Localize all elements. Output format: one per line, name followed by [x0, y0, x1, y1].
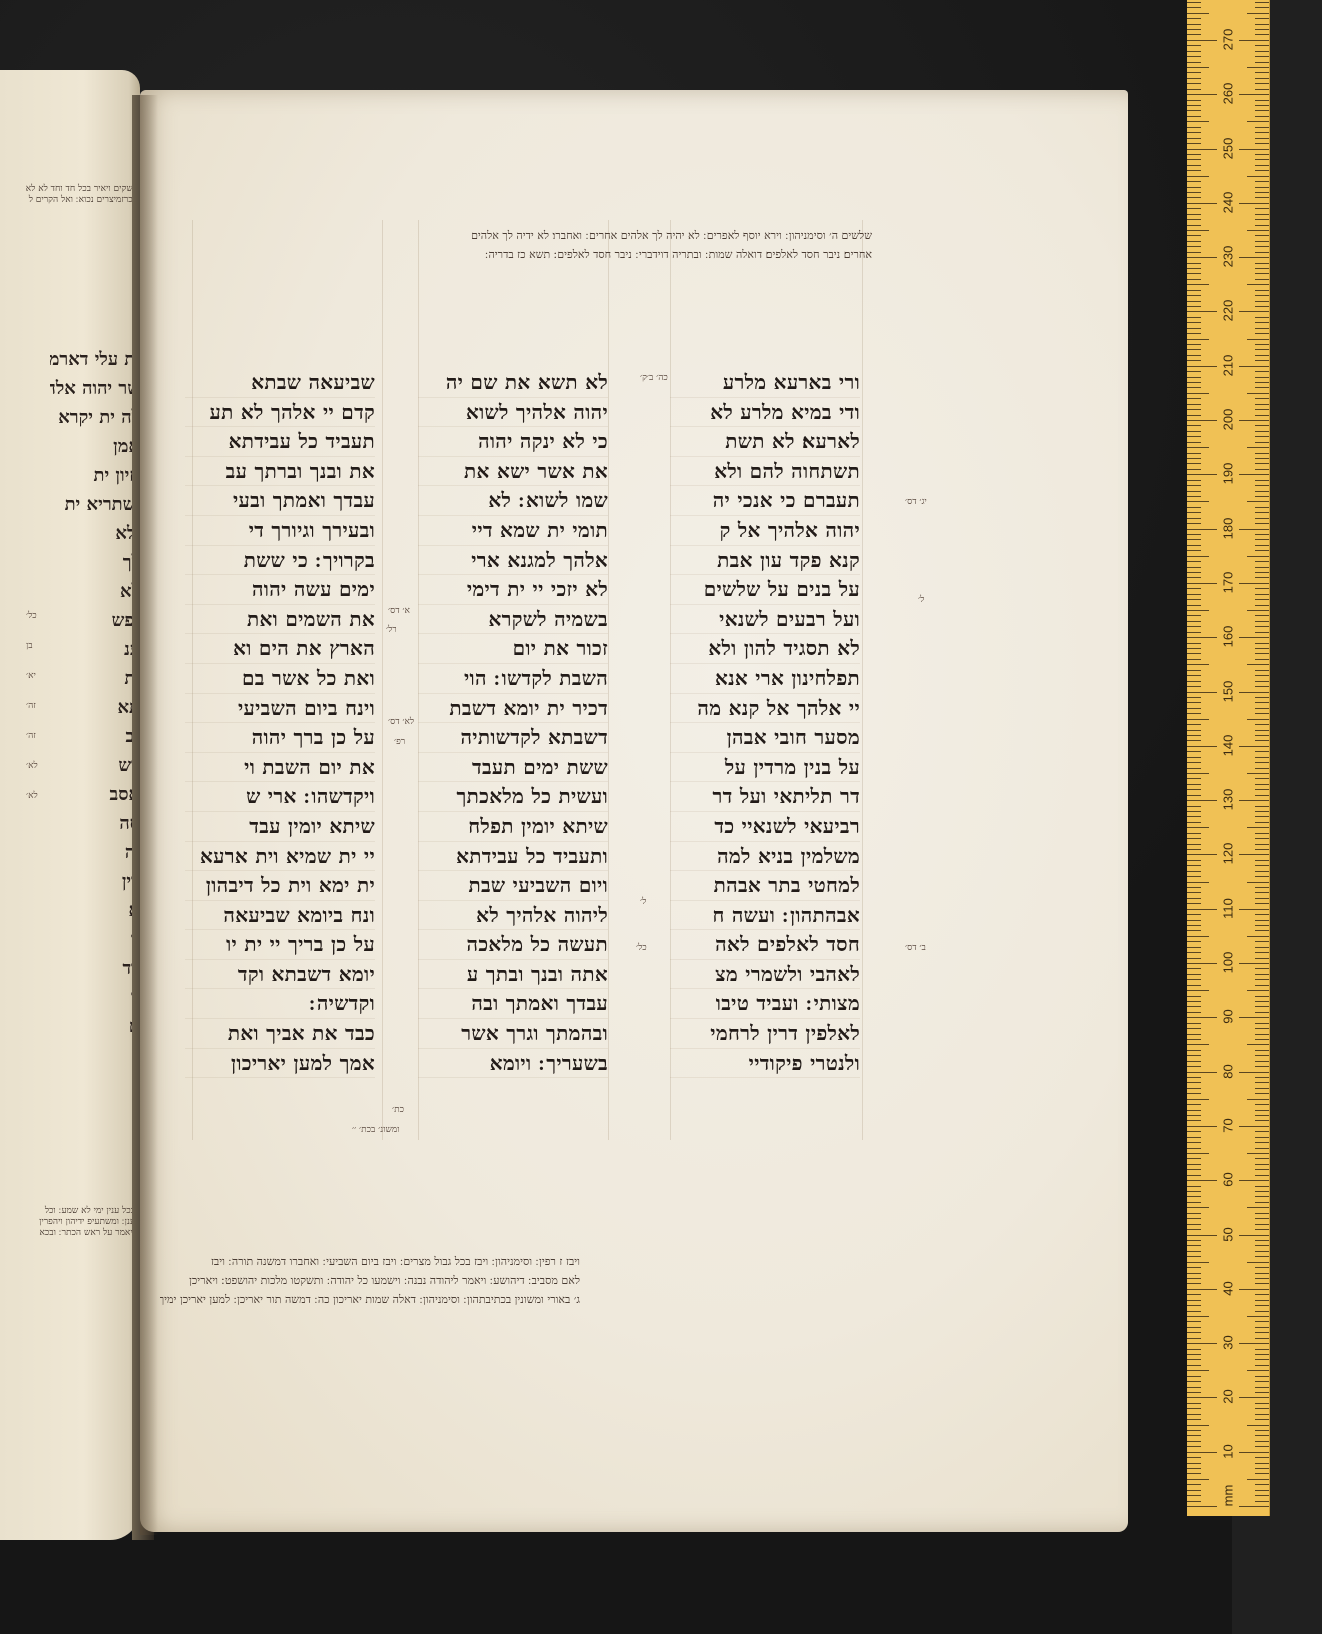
ruler-tick [1187, 757, 1201, 758]
ruler-tick [1187, 1245, 1201, 1246]
ruler-tick [1187, 230, 1209, 231]
ruler-tick [1239, 800, 1269, 801]
ruler-tick [1255, 241, 1269, 242]
ruler-tick [1187, 833, 1201, 834]
ruler-tick [1255, 1305, 1269, 1306]
ruler-tick [1255, 507, 1269, 508]
ruler-tick [1255, 518, 1269, 519]
left-page-text-line: לה ית יקרא [50, 403, 140, 432]
left-page-text-line: אסב [50, 780, 140, 809]
ruler-tick [1187, 1207, 1209, 1208]
ruler-tick [1187, 349, 1201, 350]
masorah-top-line-2: אחרים׃ ניבר חסד לאלפים׃ דואלה שמות ׃ ובת… [182, 245, 872, 264]
ruler-tick [1255, 1484, 1269, 1485]
marginal-note: רל׳ [386, 624, 397, 635]
ruler-label: 260 [1221, 81, 1236, 107]
text-line: וקדשיה ׃ [185, 989, 375, 1019]
ruler-tick [1255, 355, 1269, 356]
ruler-tick [1187, 208, 1201, 209]
ruler-tick [1187, 447, 1209, 448]
ruler-tick [1187, 518, 1201, 519]
ruler-tick [1187, 1164, 1201, 1165]
ruler-tick [1255, 577, 1269, 578]
left-page-text-line: נפש [50, 606, 140, 635]
ruler-tick [1187, 876, 1201, 877]
ruler-tick [1255, 110, 1269, 111]
ruler-tick [1255, 784, 1269, 785]
ruler-tick [1187, 1501, 1201, 1502]
ruler-tick [1255, 1093, 1269, 1094]
ruler-tick [1255, 1294, 1269, 1295]
text-line: לאהבי ולשמרי מצ [670, 960, 860, 990]
ruler-label: 100 [1221, 950, 1236, 976]
ruler-tick [1187, 7, 1201, 8]
text-line: בקרויך ׃ כי ששת [185, 546, 375, 576]
ruler-tick [1187, 784, 1201, 785]
text-line: ויום השביעי שבת [418, 871, 608, 901]
ruler-tick [1187, 930, 1201, 931]
ruler-tick [1239, 1017, 1269, 1018]
ruler-tick [1255, 436, 1269, 437]
ruler-tick [1255, 100, 1269, 101]
ruler-tick [1239, 311, 1269, 312]
text-line: ותעביד כל עבידתא [418, 842, 608, 872]
ruler-tick [1255, 838, 1269, 839]
ruler-tick [1255, 1457, 1269, 1458]
ruler-tick [1255, 751, 1269, 752]
ruler-tick [1247, 719, 1269, 720]
ruler-tick [1255, 1414, 1269, 1415]
ruler-tick [1239, 1452, 1269, 1453]
ruler-tick [1255, 876, 1269, 877]
ruler-tick [1187, 1034, 1201, 1035]
text-line: שיתא יומין תפלח [418, 812, 608, 842]
ruler-tick [1187, 838, 1201, 839]
text-line: זכור את יום [418, 634, 608, 664]
marginal-note: כל׳ [636, 942, 647, 953]
ruler-tick [1187, 415, 1201, 416]
ruler-tick [1187, 898, 1201, 899]
ruler-tick [1247, 284, 1269, 285]
text-line: דר תליתאי ועל דר [670, 782, 860, 812]
left-masorah-line: ושקים ויאיר בכל חד וחד לא לא [0, 183, 135, 194]
ruler-tick [1187, 132, 1201, 133]
ruler-tick [1187, 67, 1209, 68]
ruler-tick [1187, 1099, 1209, 1100]
ruler-tick [1187, 1180, 1217, 1181]
ruler-tick [1187, 610, 1209, 611]
ruler-tick [1187, 1479, 1209, 1480]
ruler-tick [1187, 1446, 1201, 1447]
ruler-tick [1255, 1110, 1269, 1111]
ruler-tick [1187, 469, 1201, 470]
marginal-note: ומשונ׳ בכת׳ ׳׳ [352, 1124, 400, 1135]
left-page-text-line: רד [50, 954, 140, 983]
ruler-tick [1187, 1343, 1217, 1344]
text-line: עבדך ואמתך ובעי [185, 486, 375, 516]
ruler-tick [1187, 1050, 1201, 1051]
ruler-tick [1255, 1435, 1269, 1436]
left-page-margin-note: לא׳ [26, 790, 38, 801]
left-page-margin-note: זה׳ [26, 700, 36, 711]
ruler-tick [1255, 415, 1269, 416]
marginal-note: א׳ דס׳ [388, 605, 410, 616]
ruler-tick [1255, 605, 1269, 606]
ruler-tick [1187, 463, 1201, 464]
ruler-tick [1187, 903, 1201, 904]
text-line: שמו לשוא ׃ לא [418, 486, 608, 516]
left-page-text-line: סה [50, 809, 140, 838]
ruler-tick [1187, 1256, 1201, 1257]
ruler-tick [1187, 214, 1201, 215]
ruler-tick [1187, 1120, 1201, 1121]
ruler-tick [1187, 121, 1209, 122]
ruler-tick [1187, 1419, 1201, 1420]
ruler-tick [1187, 1017, 1217, 1018]
ruler-tick [1255, 463, 1269, 464]
ruler-tick [1187, 1468, 1201, 1469]
ruler-tick [1239, 474, 1269, 475]
ruler-tick [1239, 963, 1269, 964]
ruler-tick [1187, 1283, 1201, 1284]
ruler-tick [1187, 1175, 1201, 1176]
ruler-tick [1187, 637, 1217, 638]
text-line: על בנים על שלשים [670, 575, 860, 605]
ruler-tick [1255, 1012, 1269, 1013]
ruler-label: 80 [1221, 1058, 1236, 1084]
text-line: ליהוה אלהיך לא [418, 901, 608, 931]
ruler-tick [1255, 811, 1269, 812]
text-line: חסד לאלפים לאה [670, 930, 860, 960]
ruler-tick [1255, 1300, 1269, 1301]
ruler-tick [1255, 1104, 1269, 1105]
ruler-tick [1239, 94, 1269, 95]
ruler-tick [1187, 1332, 1201, 1333]
ruler-tick [1187, 713, 1201, 714]
text-column-middle: לא תשא את שם יהיהוה אלהיך לשואכי לא ינקה… [418, 368, 608, 1078]
mm-ruler: mm 1020304050607080901001101201301401501… [1187, 0, 1270, 1516]
ruler-tick [1187, 290, 1201, 291]
ruler-tick [1187, 170, 1201, 171]
ruler-tick [1239, 583, 1269, 584]
ruler-tick [1255, 979, 1269, 980]
ruler-tick [1187, 659, 1201, 660]
ruler-tick [1255, 1446, 1269, 1447]
left-page-text-line: ושתריא ית [50, 490, 140, 519]
ruler-tick [1255, 1419, 1269, 1420]
ruler-tick [1187, 626, 1201, 627]
ruler-tick [1255, 925, 1269, 926]
ruler-tick [1187, 806, 1201, 807]
ruler-tick [1255, 1066, 1269, 1067]
text-line: ויקדשהו ׃ ארי ש [185, 782, 375, 812]
ruler-tick [1187, 909, 1217, 910]
left-page-text-line: חיון ית [50, 461, 140, 490]
ruler-tick [1239, 1397, 1269, 1398]
left-page-text-line: יה [50, 838, 140, 867]
ruler-tick [1247, 13, 1269, 14]
ruler-label: 70 [1221, 1112, 1236, 1138]
text-line: יי אלהך אל קנא מה [670, 694, 860, 724]
ruler-tick [1255, 18, 1269, 19]
text-line: לא תשא את שם יה [418, 368, 608, 398]
ruler-tick [1187, 974, 1201, 975]
ruler-tick [1255, 1321, 1269, 1322]
ruling-line [382, 220, 383, 1140]
ruler-tick [1255, 730, 1269, 731]
ruler-tick [1255, 713, 1269, 714]
ruler-tick [1247, 827, 1269, 828]
text-line: ולנטרי פיקודיי [670, 1049, 860, 1079]
ruler-tick [1187, 1131, 1201, 1132]
ruler-tick [1187, 865, 1201, 866]
ruler-tick [1255, 1256, 1269, 1257]
left-page-text-line: ענ [50, 635, 140, 664]
ruler-tick [1255, 512, 1269, 513]
ruler-tick [1187, 1077, 1201, 1078]
text-line: תשתחוה להם ולא [670, 457, 860, 487]
ruler-tick [1255, 1311, 1269, 1312]
ruler-tick [1187, 1381, 1201, 1382]
ruler-tick [1187, 1191, 1201, 1192]
ruler-tick [1187, 339, 1209, 340]
ruler-tick [1187, 675, 1201, 676]
ruler-tick [1255, 1490, 1269, 1491]
ruler-tick [1187, 181, 1201, 182]
ruler-tick [1187, 18, 1201, 19]
ruler-tick [1187, 550, 1201, 551]
ruler-tick [1255, 681, 1269, 682]
ruler-tick [1187, 1408, 1201, 1409]
ruler-tick [1187, 985, 1201, 986]
left-masorah-line: וכרזמיצרים נכוא ׃ ואל הקרים ל [0, 194, 135, 205]
ruler-tick [1255, 1131, 1269, 1132]
ruler-tick [1187, 83, 1201, 84]
ruler-tick [1187, 1294, 1201, 1295]
ruler-tick [1187, 778, 1201, 779]
left-page-text-line: ולא [50, 519, 140, 548]
ruler-tick [1187, 1153, 1209, 1154]
ruler-tick [1187, 420, 1217, 421]
left-page-margin-note: כל׳ [26, 610, 37, 621]
ruler-tick [1255, 545, 1269, 546]
ruler-tick [1255, 170, 1269, 171]
left-page-text-line: ות [50, 664, 140, 693]
ruler-tick [1255, 1441, 1269, 1442]
ruler-tick [1187, 257, 1217, 258]
ruler-tick [1187, 371, 1201, 372]
ruler-label: 130 [1221, 787, 1236, 813]
text-line: ורי בארעא מלרע [670, 368, 860, 398]
ruler-tick [1187, 279, 1201, 280]
ruler-tick [1187, 795, 1201, 796]
ruler-tick [1187, 719, 1209, 720]
ruling-line [862, 220, 863, 1140]
ruler-tick [1255, 789, 1269, 790]
left-page-text-line: לך [50, 548, 140, 577]
ruler-tick [1187, 1457, 1201, 1458]
ruler-tick [1239, 1506, 1269, 1507]
ruler-tick [1255, 643, 1269, 644]
ruler-tick [1187, 187, 1201, 188]
ruler-tick [1187, 165, 1201, 166]
ruler-tick [1239, 1072, 1269, 1073]
ruler-tick [1255, 197, 1269, 198]
ruler-tick [1187, 577, 1201, 578]
ruler-tick [1255, 1267, 1269, 1268]
ruler-tick [1247, 447, 1269, 448]
left-page-text-line: רש [50, 751, 140, 780]
text-line: את יום השבת וי [185, 753, 375, 783]
text-line: יי ית שמיא וית ארעא [185, 842, 375, 872]
ruler-tick [1239, 1235, 1269, 1236]
ruler-tick [1255, 572, 1269, 573]
ruler-tick [1255, 1213, 1269, 1214]
ruler-tick [1247, 339, 1269, 340]
ruler-tick [1255, 1332, 1269, 1333]
text-line: דכיר ית יומא דשבת [418, 694, 608, 724]
ruler-tick [1255, 1023, 1269, 1024]
ruler-tick [1187, 1213, 1201, 1214]
ruler-tick [1187, 702, 1201, 703]
ruler-label: 40 [1221, 1275, 1236, 1301]
ruler-tick [1187, 1224, 1201, 1225]
ruler-label: 150 [1221, 678, 1236, 704]
ruler-tick [1187, 958, 1201, 959]
ruler-tick [1247, 67, 1269, 68]
ruler-tick [1187, 941, 1201, 942]
text-line: ודי במיא מלרע לא [670, 398, 860, 428]
ruler-tick [1255, 822, 1269, 823]
ruler-tick [1255, 1327, 1269, 1328]
ruler-tick [1255, 105, 1269, 106]
ruler-tick [1187, 263, 1201, 264]
ruler-tick [1255, 1034, 1269, 1035]
text-line: דשבתא לקדשותיה [418, 723, 608, 753]
ruler-tick [1255, 1473, 1269, 1474]
ruler-tick [1187, 730, 1201, 731]
ruler-label: 160 [1221, 624, 1236, 650]
ruler-tick [1187, 664, 1209, 665]
ruler-tick [1239, 420, 1269, 421]
ruler-tick [1255, 1061, 1269, 1062]
ruler-tick [1187, 556, 1209, 557]
ruler-tick [1255, 1349, 1269, 1350]
ruler-tick [1187, 534, 1201, 535]
ruler-tick [1255, 1006, 1269, 1007]
ruler-tick [1187, 789, 1201, 790]
ruler-tick [1255, 795, 1269, 796]
ruler-label: 200 [1221, 407, 1236, 433]
ruler-tick [1239, 366, 1269, 367]
ruler-tick [1187, 360, 1201, 361]
ruler-tick [1187, 398, 1201, 399]
ruler-label: 20 [1221, 1384, 1236, 1410]
ruler-tick [1187, 436, 1201, 437]
marginal-note: יג׳ דס׳ [905, 496, 927, 507]
ruler-tick [1255, 1137, 1269, 1138]
left-page-text-line: ון [50, 925, 140, 954]
ruler-tick [1255, 762, 1269, 763]
text-line: על כן ברך יהוה [185, 723, 375, 753]
ruler-tick [1247, 1370, 1269, 1371]
ruler-tick [1187, 45, 1201, 46]
ruler-tick [1255, 968, 1269, 969]
ruler-tick [1255, 1501, 1269, 1502]
ruler-tick [1187, 110, 1201, 111]
ruler-tick [1187, 225, 1201, 226]
ruler-tick [1187, 751, 1201, 752]
text-line: שביעאה שבתא [185, 368, 375, 398]
text-line: תפלחינון ארי אנא [670, 664, 860, 694]
ruler-tick [1187, 615, 1201, 616]
ruler-tick [1255, 1229, 1269, 1230]
ruler-tick [1255, 1273, 1269, 1274]
ruler-tick [1187, 1061, 1201, 1062]
text-line: למחטי בתר אבהת [670, 871, 860, 901]
ruler-tick [1255, 1142, 1269, 1143]
ruler-label: 170 [1221, 569, 1236, 595]
ruler-tick [1187, 1104, 1201, 1105]
ruler-tick [1255, 306, 1269, 307]
ruler-tick [1187, 485, 1201, 486]
text-line: אתה ובנך ובתך ע [418, 960, 608, 990]
ruler-tick [1187, 545, 1201, 546]
left-page-text-line: רין [50, 867, 140, 896]
text-line: ונח ביומא שביעאה [185, 901, 375, 931]
left-masorah-line: ויאמר על ראש הכתר ׃ ובכא [0, 1227, 135, 1238]
ruler-tick [1187, 1126, 1217, 1127]
ruler-tick [1187, 404, 1201, 405]
ruler-label: 190 [1221, 461, 1236, 487]
ruler-tick [1187, 692, 1217, 693]
ruler-tick [1187, 1289, 1217, 1290]
text-line: תומי ית שמא דיי [418, 516, 608, 546]
ruler-tick [1187, 1240, 1201, 1241]
ruler-tick [1187, 670, 1201, 671]
ruler-tick [1255, 1240, 1269, 1241]
ruler-label: 230 [1221, 244, 1236, 270]
ruler-tick [1255, 34, 1269, 35]
ruler-tick [1255, 83, 1269, 84]
ruler-tick [1187, 1316, 1209, 1317]
ruler-tick [1255, 1251, 1269, 1252]
ruler-tick [1187, 1072, 1217, 1073]
text-line: לא תסגיד להון ולא [670, 634, 860, 664]
left-page-text-line: ית עלי דארמה [50, 345, 140, 374]
ruler-tick [1255, 181, 1269, 182]
ruler-tick [1255, 675, 1269, 676]
ruler-tick [1187, 1392, 1201, 1393]
ruler-tick [1187, 621, 1201, 622]
ruler-tick [1187, 1300, 1201, 1301]
ruler-tick [1255, 268, 1269, 269]
ruler-tick [1187, 952, 1201, 953]
ruler-tick [1255, 24, 1269, 25]
ruler-tick [1187, 567, 1201, 568]
left-page-margin-note: לא׳ [26, 760, 38, 771]
ruler-tick [1187, 768, 1201, 769]
ruler-tick [1187, 62, 1201, 63]
text-line: יהוה אלהיך לשוא [418, 398, 608, 428]
ruling-line [608, 220, 609, 1140]
ruler-tick [1187, 344, 1201, 345]
ruler-tick [1255, 328, 1269, 329]
ruler-tick [1255, 154, 1269, 155]
ruler-tick [1255, 985, 1269, 986]
ruler-tick [1247, 882, 1269, 883]
ruler-tick [1187, 149, 1217, 150]
